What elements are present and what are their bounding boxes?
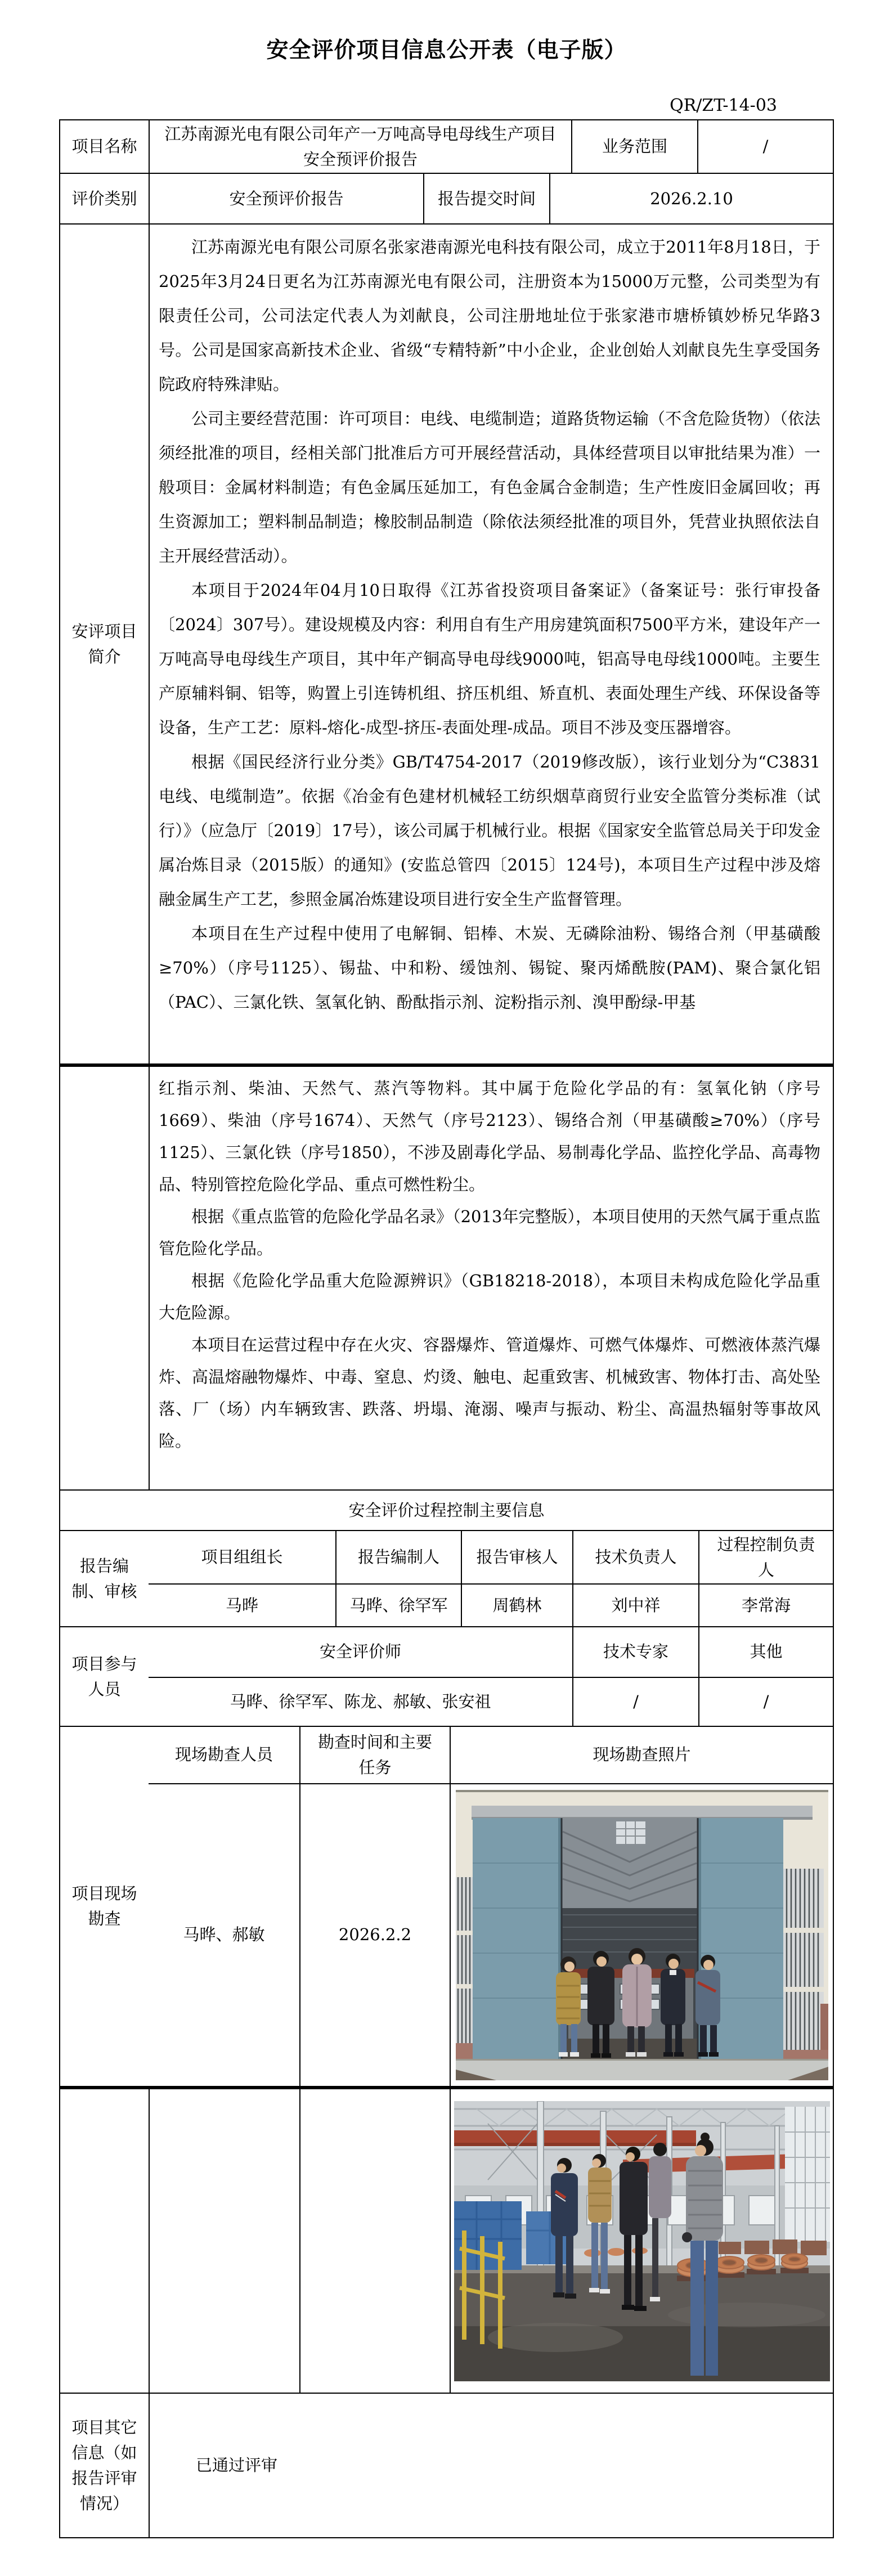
survey-photo-cell <box>450 2089 833 2393</box>
column-header: 安全评价师 <box>149 1627 572 1677</box>
submit-time-label: 报告提交时间 <box>423 174 549 223</box>
survey-personnel: 马晔、郝敏 <box>149 1784 299 2086</box>
empty-cell <box>299 2089 450 2393</box>
person-name: 马晔、徐罕军、陈龙、郝敏、张安祖 <box>149 1678 572 1726</box>
column-header: 其他 <box>698 1627 833 1677</box>
empty-cell <box>149 2089 299 2393</box>
survey-photo-indoor <box>454 2101 830 2381</box>
participants-other-value: / <box>698 1678 833 1726</box>
compile-label: 报告编制、审核 <box>60 1531 149 1626</box>
column-header: 报告审核人 <box>461 1531 572 1583</box>
column-header: 现场勘查人员 <box>149 1727 299 1783</box>
person-name: 马晔 <box>149 1585 335 1626</box>
survey-photo-cell <box>450 1784 833 2086</box>
document-code: QR/ZT-14-03 <box>670 96 777 115</box>
business-scope-label: 业务范围 <box>571 120 697 173</box>
business-scope-value: / <box>697 120 833 173</box>
participants-section: 项目参与人员 安全评价师 技术专家 其他 马晔、徐罕军、陈龙、郝敏、张安祖 / … <box>60 1626 833 1726</box>
column-header: 技术负责人 <box>572 1531 698 1583</box>
survey-label-empty <box>60 2089 149 2393</box>
info-table: 项目名称 江苏南源光电有限公司年产一万吨高导电母线生产项目安全预评价报告 业务范… <box>59 119 834 2538</box>
submit-time-value: 2026.2.10 <box>549 174 833 223</box>
table-row: 红指示剂、柴油、天然气、蒸汽等物料。其中属于危险化学品的有：氢氧化钠（序号166… <box>60 1063 833 1489</box>
survey-label: 项目现场勘查 <box>60 1727 149 2086</box>
louver-window-right <box>783 1869 824 2050</box>
document-title: 安全评价项目信息公开表（电子版） <box>0 33 893 64</box>
project-name-label: 项目名称 <box>60 120 149 173</box>
intro-label-empty <box>60 1067 149 1489</box>
process-section-title: 安全评价过程控制主要信息 <box>60 1491 833 1530</box>
section-header-row: 安全评价过程控制主要信息 <box>60 1489 833 1530</box>
intro-paragraph: 根据《危险化学品重大危险源辨识》（GB18218-2018），本项目未构成危险化… <box>159 1265 820 1329</box>
survey-photo2-row <box>60 2086 833 2393</box>
person-name: 周鹤林 <box>461 1585 572 1626</box>
intro-paragraph: 根据《重点监管的危险化学品名录》（2013年完整版），本项目使用的天然气属于重点… <box>159 1201 820 1265</box>
other-info-value: 已通过评审 <box>149 2394 833 2537</box>
intro-paragraph: 根据《国民经济行业分类》GB/T4754-2017（2019修改版），该行业划分… <box>159 745 820 917</box>
survey-section: 项目现场勘查 现场勘查人员 勘查时间和主要任务 现场勘查照片 马晔、郝敏 202… <box>60 1726 833 2086</box>
factory-door-left <box>473 1818 562 2061</box>
eval-type-label: 评价类别 <box>60 174 149 223</box>
column-header: 过程控制负责人 <box>698 1531 833 1583</box>
other-info-label: 项目其它信息（如报告评审情况） <box>60 2394 149 2537</box>
table-row: 评价类别 安全预评价报告 报告提交时间 2026.2.10 <box>60 173 833 223</box>
intro-text-part2: 红指示剂、柴油、天然气、蒸汽等物料。其中属于危险化学品的有：氢氧化钠（序号166… <box>149 1067 833 1489</box>
column-header: 现场勘查照片 <box>450 1727 833 1783</box>
louver-window-left <box>456 1877 473 2043</box>
survey-time: 2026.2.2 <box>299 1784 450 2086</box>
intro-paragraph: 公司主要经营范围：许可项目：电线、电缆制造；道路货物运输（不含危险货物）（依法须… <box>159 402 820 573</box>
person-name: 马晔、徐罕军 <box>335 1585 461 1626</box>
column-header: 项目组组长 <box>149 1531 335 1583</box>
table-row: 项目名称 江苏南源光电有限公司年产一万吨高导电母线生产项目安全预评价报告 业务范… <box>60 120 833 173</box>
intro-paragraph: 本项目在运营过程中存在火灾、容器爆炸、管道爆炸、可燃气体爆炸、可燃液体蒸汽爆炸、… <box>159 1329 820 1457</box>
project-name-value: 江苏南源光电有限公司年产一万吨高导电母线生产项目安全预评价报告 <box>149 120 571 173</box>
intro-paragraph: 红指示剂、柴油、天然气、蒸汽等物料。其中属于危险化学品的有：氢氧化钠（序号166… <box>159 1072 820 1201</box>
eval-type-value: 安全预评价报告 <box>149 174 423 223</box>
person-name: 刘中祥 <box>572 1585 698 1626</box>
person-name: 李常海 <box>698 1585 833 1626</box>
intro-label: 安评项目简介 <box>60 225 149 1063</box>
table-row: 安评项目简介 江苏南源光电有限公司原名张家港南源光电科技有限公司，成立于2011… <box>60 223 833 1063</box>
column-header: 技术专家 <box>572 1627 698 1677</box>
yellow-railing <box>460 2231 505 2349</box>
column-header: 报告编制人 <box>335 1531 461 1583</box>
compile-section: 报告编制、审核 项目组组长 报告编制人 报告审核人 技术负责人 过程控制负责人 … <box>60 1530 833 1626</box>
intro-text-part1: 江苏南源光电有限公司原名张家港南源光电科技有限公司，成立于2011年8月18日，… <box>149 225 833 1063</box>
intro-paragraph: 本项目于2024年04月10日取得《江苏省投资项目备案证》（备案证号：张行审投备… <box>159 573 820 745</box>
participants-label: 项目参与人员 <box>60 1627 149 1726</box>
participants-expert-value: / <box>572 1678 698 1726</box>
column-header: 勘查时间和主要任务 <box>299 1727 450 1783</box>
survey-photo-outdoor <box>456 1790 828 2080</box>
intro-paragraph: 江苏南源光电有限公司原名张家港南源光电科技有限公司，成立于2011年8月18日，… <box>159 230 820 402</box>
other-info-row: 项目其它信息（如报告评审情况） 已通过评审 <box>60 2393 833 2537</box>
intro-paragraph: 本项目在生产过程中使用了电解铜、铝棒、木炭、无磷除油粉、锡络合剂（甲基磺酸≥70… <box>159 917 820 1020</box>
